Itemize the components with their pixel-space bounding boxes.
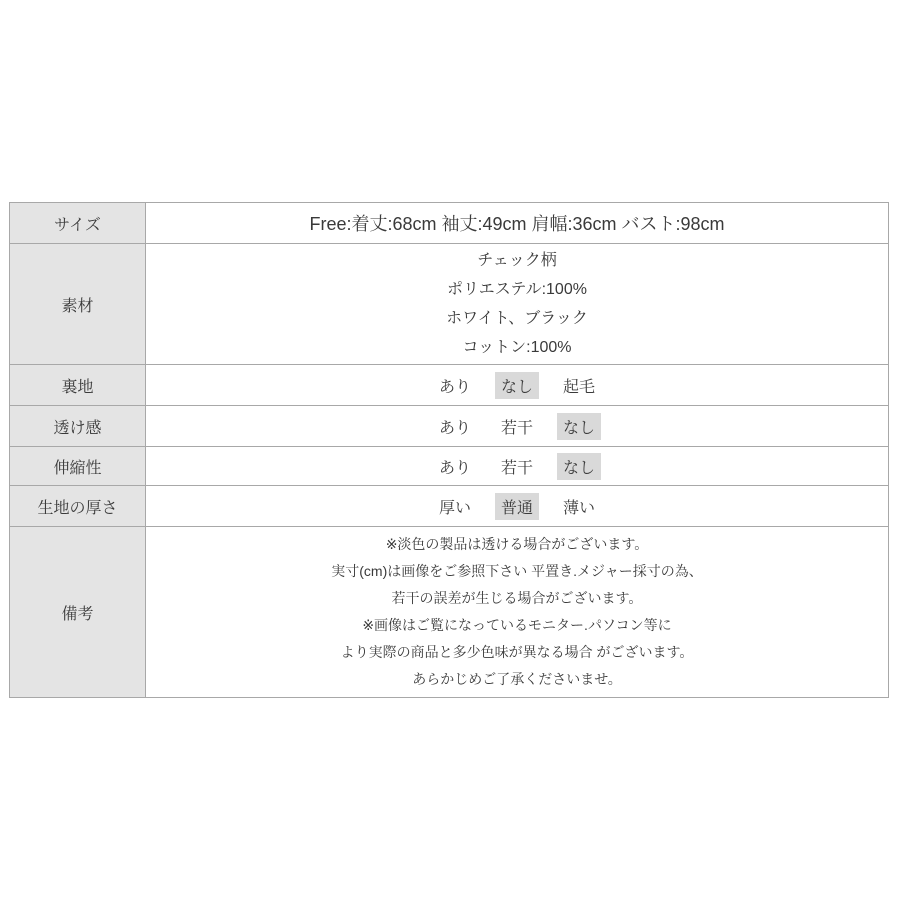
- value-line: ホワイト、ブラック: [154, 304, 880, 333]
- value-line: コットン:100%: [154, 333, 880, 362]
- option: 起毛: [557, 372, 601, 399]
- table-row-lining: 裏地ありなし起毛: [10, 365, 889, 406]
- row-value-material: チェック柄ポリエステル:100%ホワイト、ブラックコットン:100%: [146, 244, 889, 365]
- option-selected: 普通: [495, 493, 539, 520]
- row-label-sheer: 透け感: [10, 406, 146, 447]
- row-label-lining: 裏地: [10, 365, 146, 406]
- value-line: ポリエステル:100%: [154, 275, 880, 304]
- spec-table: サイズFree:着丈:68cm 袖丈:49cm 肩幅:36cm バスト:98cm…: [9, 202, 889, 698]
- table-row-stretch: 伸縮性あり若干なし: [10, 447, 889, 486]
- option: 厚い: [433, 493, 477, 520]
- value-line: 若干の誤差が生じる場合がございます。: [154, 585, 880, 612]
- table-row-thickness: 生地の厚さ厚い普通薄い: [10, 486, 889, 527]
- row-value-stretch: あり若干なし: [146, 447, 889, 486]
- row-value-sheer: あり若干なし: [146, 406, 889, 447]
- option: あり: [433, 453, 477, 480]
- row-label-thickness: 生地の厚さ: [10, 486, 146, 527]
- table-row-size: サイズFree:着丈:68cm 袖丈:49cm 肩幅:36cm バスト:98cm: [10, 203, 889, 244]
- option: 若干: [495, 453, 539, 480]
- option: あり: [433, 413, 477, 440]
- option: あり: [433, 372, 477, 399]
- spec-table-body: サイズFree:着丈:68cm 袖丈:49cm 肩幅:36cm バスト:98cm…: [10, 203, 889, 698]
- row-value-notes: ※淡色の製品は透ける場合がございます。実寸(cm)は画像をご参照下さい 平置き.…: [146, 527, 889, 698]
- row-value-lining: ありなし起毛: [146, 365, 889, 406]
- row-label-size: サイズ: [10, 203, 146, 244]
- row-label-material: 素材: [10, 244, 146, 365]
- option-selected: なし: [557, 453, 601, 480]
- value-line: ※画像はご覧になっているモニター.パソコン等に: [154, 612, 880, 639]
- row-label-stretch: 伸縮性: [10, 447, 146, 486]
- product-spec-page: サイズFree:着丈:68cm 袖丈:49cm 肩幅:36cm バスト:98cm…: [0, 0, 900, 900]
- value-line: あらかじめご了承くださいませ。: [154, 666, 880, 693]
- value-line: Free:着丈:68cm 袖丈:49cm 肩幅:36cm バスト:98cm: [154, 210, 880, 236]
- table-row-material: 素材チェック柄ポリエステル:100%ホワイト、ブラックコットン:100%: [10, 244, 889, 365]
- row-value-thickness: 厚い普通薄い: [146, 486, 889, 527]
- option-selected: なし: [557, 413, 601, 440]
- table-row-notes: 備考※淡色の製品は透ける場合がございます。実寸(cm)は画像をご参照下さい 平置…: [10, 527, 889, 698]
- row-label-notes: 備考: [10, 527, 146, 698]
- value-line: より実際の商品と多少色味が異なる場合 がございます。: [154, 639, 880, 666]
- table-row-sheer: 透け感あり若干なし: [10, 406, 889, 447]
- option: 若干: [495, 413, 539, 440]
- option: 薄い: [557, 493, 601, 520]
- value-line: 実寸(cm)は画像をご参照下さい 平置き.メジャー採寸の為、: [154, 558, 880, 585]
- value-line: ※淡色の製品は透ける場合がございます。: [154, 531, 880, 558]
- option-selected: なし: [495, 372, 539, 399]
- row-value-size: Free:着丈:68cm 袖丈:49cm 肩幅:36cm バスト:98cm: [146, 203, 889, 244]
- value-line: チェック柄: [154, 246, 880, 275]
